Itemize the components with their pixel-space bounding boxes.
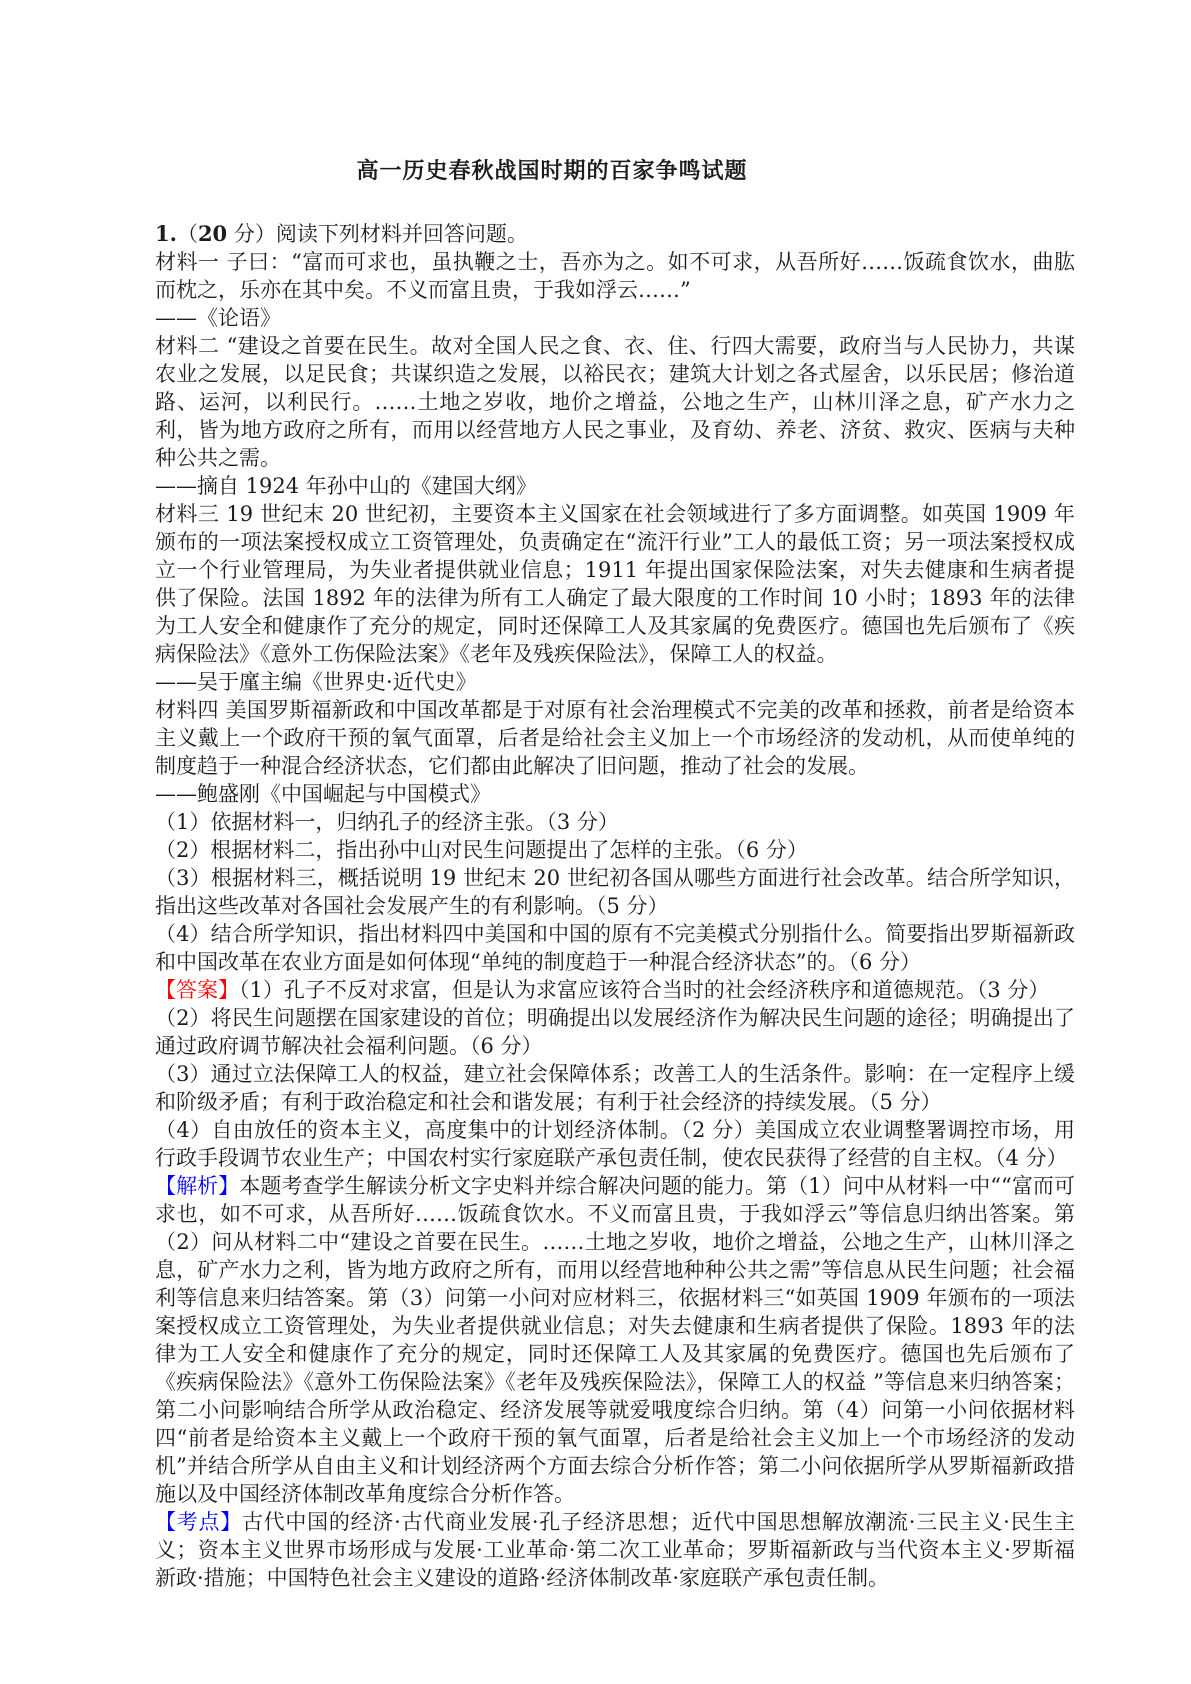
- material-2-source: ——摘自 1924 年孙中山的《建国大纲》: [155, 472, 1075, 500]
- answer-item-1: 【答案】（1）孔子不反对求富，但是认为求富应该符合当时的社会经济秩序和道德规范。…: [155, 976, 1075, 1004]
- question-2: （2）根据材料二，指出孙中山对民生问题提出了怎样的主张。（6 分）: [155, 836, 1075, 864]
- analysis: 【解析】本题考查学生解读分析文字史料并综合解决问题的能力。第（1）问中从材料一中…: [155, 1172, 1075, 1508]
- material-2-text: 材料二 “建设之首要在民生。故对全国人民之食、衣、住、行四大需要，政府当与人民协…: [155, 332, 1075, 472]
- exam-points: 【考点】古代中国的经济·古代商业发展·孔子经济思想；近代中国思想解放潮流·三民主…: [155, 1508, 1075, 1592]
- exam-points-label: 【考点】: [155, 1510, 242, 1534]
- document-body: 1.（20 分）阅读下列材料并回答问题。 材料一 子曰：“富而可求也，虽执鞭之士…: [155, 220, 1075, 1592]
- question-4: （4）结合所学知识，指出材料四中美国和中国的原有不完美模式分别指什么。简要指出罗…: [155, 920, 1075, 976]
- answer-item-4: （4）自由放任的资本主义，高度集中的计划经济体制。（2 分）美国成立农业调整署调…: [155, 1116, 1075, 1172]
- analysis-text: 本题考查学生解读分析文字史料并综合解决问题的能力。第（1）问中从材料一中““富而…: [155, 1174, 1075, 1506]
- analysis-label: 【解析】: [155, 1174, 239, 1198]
- answer-1-text: （1）孔子不反对求富，但是认为求富应该符合当时的社会经济秩序和道德规范。（3 分…: [239, 978, 1049, 1002]
- page-title: 高一历史春秋战国时期的百家争鸣试题: [155, 156, 1075, 186]
- material-1-text: 材料一 子曰：“富而可求也，虽执鞭之士，吾亦为之。如不可求，从吾所好……饭疏食饮…: [155, 248, 1075, 304]
- question-score: 20: [198, 221, 227, 246]
- answer-item-2: （2）将民生问题摆在国家建设的首位；明确提出以发展经济作为解决民生问题的途径；明…: [155, 1004, 1075, 1060]
- exam-document-page: 高一历史春秋战国时期的百家争鸣试题 1.（20 分）阅读下列材料并回答问题。 材…: [0, 0, 1191, 1684]
- answer-item-3: （3）通过立法保障工人的权益，建立社会保障体系；改善工人的生活条件。影响：在一定…: [155, 1060, 1075, 1116]
- material-3-source: ——吴于廑主编《世界史·近代史》: [155, 668, 1075, 696]
- material-3-text: 材料三 19 世纪末 20 世纪初，主要资本主义国家在社会领域进行了多方面调整。…: [155, 500, 1075, 668]
- material-4-text: 材料四 美国罗斯福新政和中国改革都是于对原有社会治理模式不完美的改革和拯救，前者…: [155, 696, 1075, 780]
- intro-rest: 分）阅读下列材料并回答问题。: [227, 222, 528, 246]
- exam-points-text: 古代中国的经济·古代商业发展·孔子经济思想；近代中国思想解放潮流·三民主义·民生…: [155, 1510, 1075, 1590]
- question-intro: 1.（20 分）阅读下列材料并回答问题。: [155, 220, 1075, 248]
- material-4-source: ——鲍盛刚《中国崛起与中国模式》: [155, 780, 1075, 808]
- question-1: （1）依据材料一，归纳孔子的经济主张。（3 分）: [155, 808, 1075, 836]
- material-1-source: ——《论语》: [155, 304, 1075, 332]
- answer-label: 【答案】: [155, 978, 239, 1002]
- intro-open-paren: （: [177, 222, 198, 246]
- question-number: 1.: [155, 221, 177, 246]
- question-3: （3）根据材料三，概括说明 19 世纪末 20 世纪初各国从哪些方面进行社会改革…: [155, 864, 1075, 920]
